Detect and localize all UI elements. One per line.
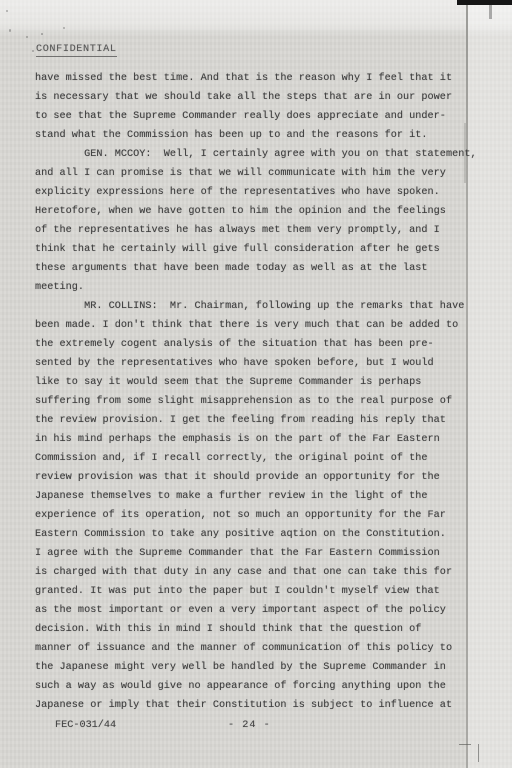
text-line: have missed the best time. And that is t… bbox=[35, 69, 495, 88]
text-line: such a way as would give no appearance o… bbox=[35, 677, 495, 696]
corner-tick-mark bbox=[459, 744, 471, 761]
text-line: as the most important or even a very imp… bbox=[35, 601, 495, 620]
text-line: to see that the Supreme Commander really… bbox=[35, 107, 495, 126]
scan-speckle bbox=[6, 10, 8, 12]
text-line: and all I can promise is that we will co… bbox=[35, 164, 495, 183]
scanner-artifact-bar bbox=[457, 0, 512, 5]
text-line: suffering from some slight misapprehensi… bbox=[35, 392, 495, 411]
text-line: Eastern Commission to take any positive … bbox=[35, 525, 495, 544]
text-line: stand what the Commission has been up to… bbox=[35, 126, 495, 145]
text-line: Japanese or imply that their Constitutio… bbox=[35, 696, 495, 715]
scan-speckle bbox=[32, 50, 34, 52]
text-line: the review provision. I get the feeling … bbox=[35, 411, 495, 430]
text-line: Commission and, if I recall correctly, t… bbox=[35, 449, 495, 468]
text-line: these arguments that have been made toda… bbox=[35, 259, 495, 278]
text-line: the Japanese might very well be handled … bbox=[35, 658, 495, 677]
text-line: experience of its operation, not so much… bbox=[35, 506, 495, 525]
text-line: sented by the representatives who have s… bbox=[35, 354, 495, 373]
text-line: decision. With this in mind I should thi… bbox=[35, 620, 495, 639]
scan-exposure-band bbox=[0, 0, 512, 36]
text-line: the extremely cogent analysis of the sit… bbox=[35, 335, 495, 354]
text-line: Heretofore, when we have gotten to him t… bbox=[35, 202, 495, 221]
text-line: been made. I don't think that there is v… bbox=[35, 316, 495, 335]
text-line: meeting. bbox=[35, 278, 495, 297]
text-line: think that he certainly will give full c… bbox=[35, 240, 495, 259]
text-line: GEN. MCCOY: Well, I certainly agree with… bbox=[35, 145, 495, 164]
text-line: granted. It was put into the paper but I… bbox=[35, 582, 495, 601]
scan-speckle bbox=[63, 27, 65, 29]
scanned-document-page: CONFIDENTIAL have missed the best time. … bbox=[0, 0, 512, 768]
text-line: I agree with the Supreme Commander that … bbox=[35, 544, 495, 563]
text-line: is charged with that duty in any case an… bbox=[35, 563, 495, 582]
text-line: of the representatives he has always met… bbox=[35, 221, 495, 240]
text-line: MR. COLLINS: Mr. Chairman, following up … bbox=[35, 297, 495, 316]
text-line: Japanese themselves to make a further re… bbox=[35, 487, 495, 506]
text-line: like to say it would seem that the Supre… bbox=[35, 373, 495, 392]
scan-speckle bbox=[41, 33, 43, 35]
page-footer: FEC-031/44 - 24 - bbox=[0, 720, 512, 740]
document-text: have missed the best time. And that is t… bbox=[35, 69, 495, 715]
text-line: review provision was that it should prov… bbox=[35, 468, 495, 487]
scan-speckle bbox=[26, 36, 28, 38]
text-line: explicity expressions here of the repres… bbox=[35, 183, 495, 202]
classification-stamp: CONFIDENTIAL bbox=[36, 44, 117, 57]
text-line: is necessary that we should take all the… bbox=[35, 88, 495, 107]
page-number: - 24 - bbox=[228, 720, 271, 731]
document-id: FEC-031/44 bbox=[55, 720, 116, 731]
text-line: in his mind perhaps the emphasis is on t… bbox=[35, 430, 495, 449]
scan-speckle bbox=[9, 29, 11, 32]
text-line: manner of issuance and the manner of com… bbox=[35, 639, 495, 658]
